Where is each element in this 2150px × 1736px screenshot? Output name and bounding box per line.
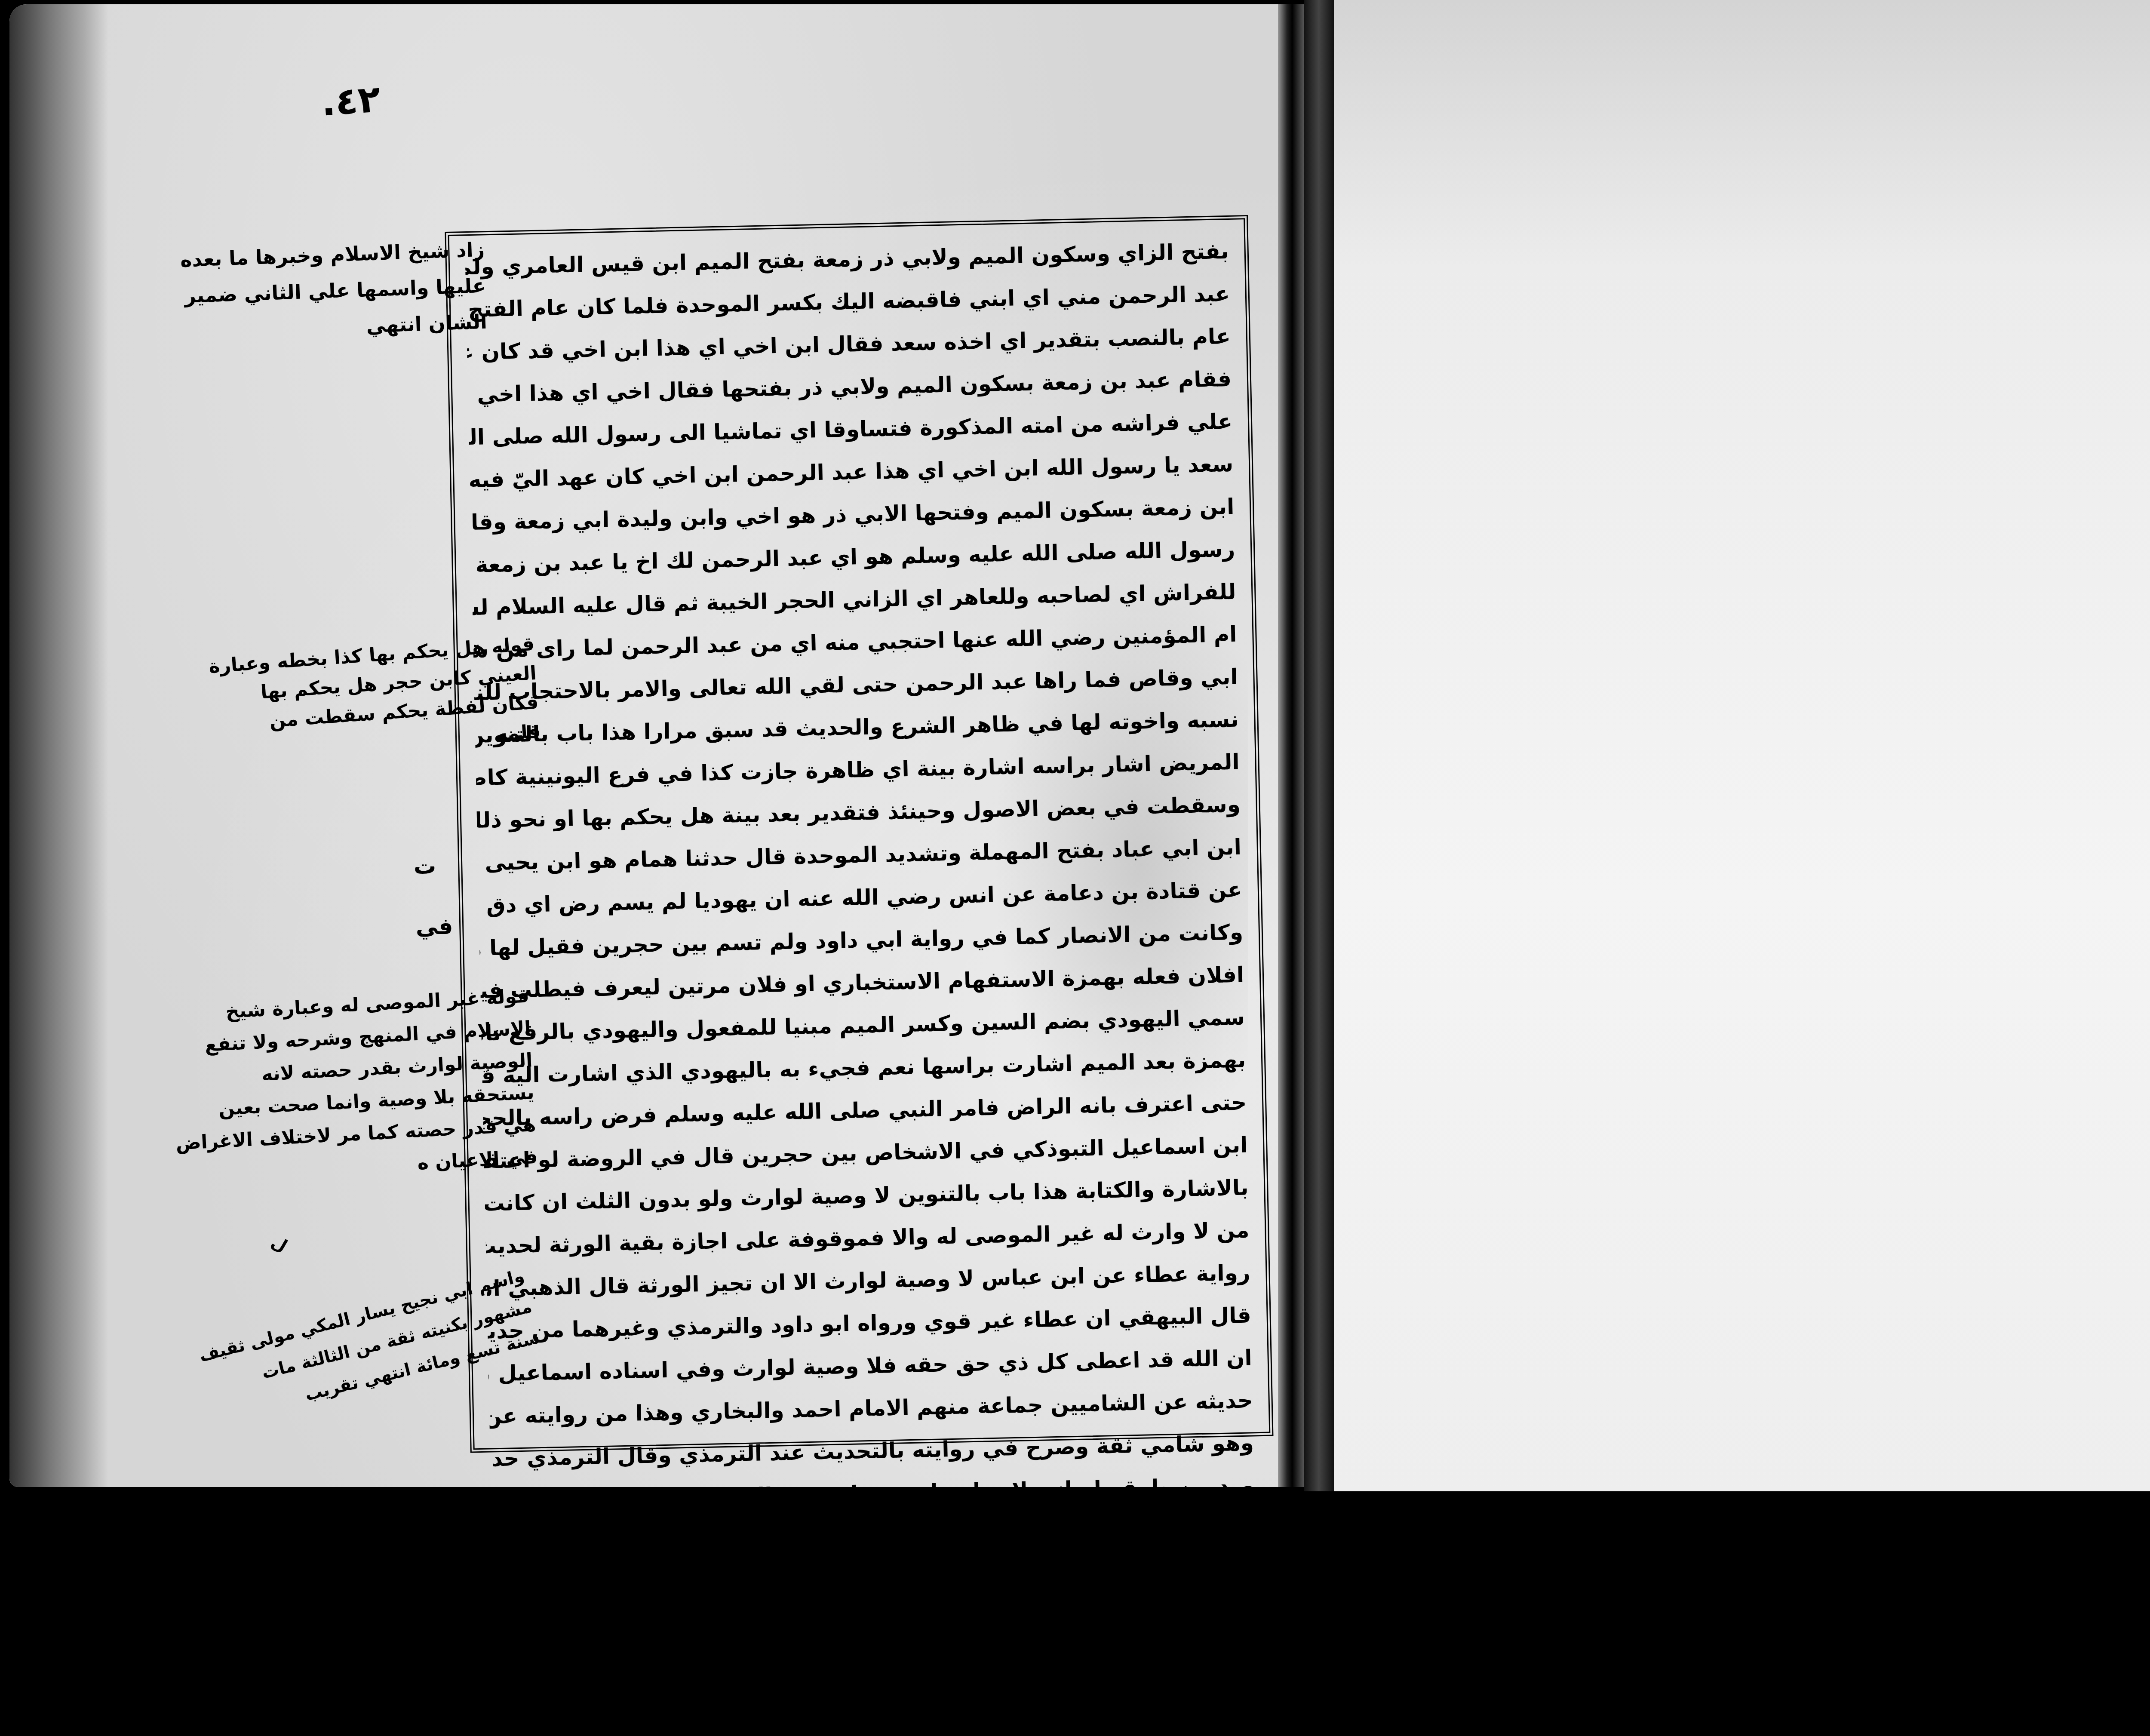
margin-note-1: زاد شيخ الاسلام وخبرها ما بعده عليها واس… [180, 231, 488, 350]
margin-note-2: قوله هل يحكم بها كذا بخطه وعبارة العيني … [208, 630, 541, 769]
page-edge-shadow [9, 4, 108, 1487]
inner-page-edge [1278, 4, 1304, 1487]
margin-mark: ل [268, 1232, 291, 1256]
blank-page-area [1334, 0, 2150, 1491]
margin-note-3: قوله غير الموصى له وعبارة شيخ الاسلام في… [168, 980, 538, 1192]
page-number: ٤٢. [320, 77, 382, 124]
margin-mark: ت [414, 854, 436, 879]
manuscript-scan: ٤٢. بفتح الزاي وسكون الميم ولابي ذر زمعة… [0, 0, 2150, 1491]
right-page [1334, 0, 2150, 1491]
book-gutter [1304, 0, 1334, 1491]
main-text-frame: بفتح الزاي وسكون الميم ولابي ذر زمعة بفت… [445, 215, 1273, 1453]
margin-mark: في [416, 914, 453, 940]
main-text-block: بفتح الزاي وسكون الميم ولابي ذر زمعة بفت… [465, 230, 1259, 1491]
left-page: ٤٢. بفتح الزاي وسكون الميم ولابي ذر زمعة… [9, 4, 1304, 1487]
